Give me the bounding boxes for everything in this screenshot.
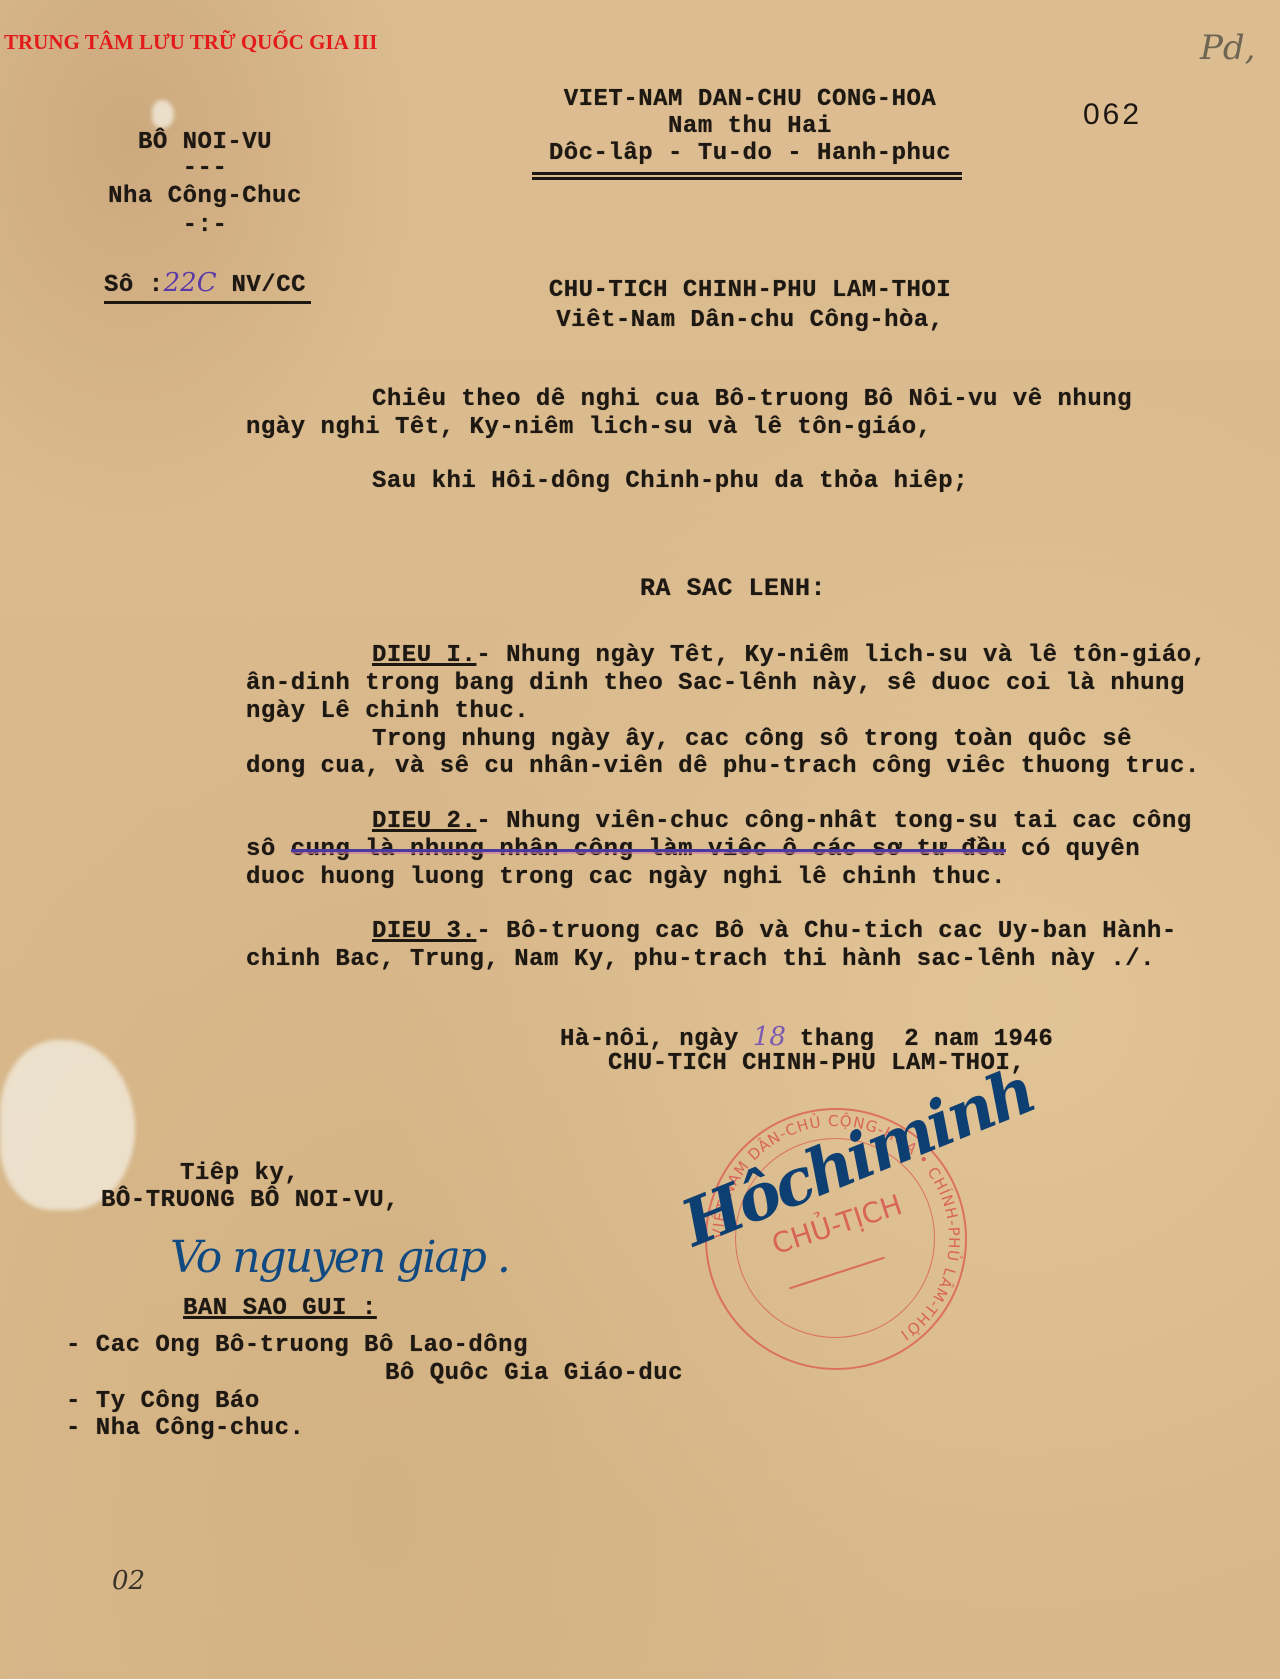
pencil-page-mark: Pd, — [1200, 28, 1255, 68]
article-line: duoc huong luong trong cac ngày nghi lê … — [246, 864, 1006, 891]
article-line: - Nhung viên-chuc công-nhât tong-su tai … — [476, 808, 1191, 835]
ministry-name: BÔ NOI-VU — [95, 128, 315, 158]
article-label: DIEU I. — [372, 642, 476, 669]
article-line: ngày Lê chinh thuc. — [246, 698, 529, 725]
article-line: ân-dinh trong bang dinh theo Sac-lênh nà… — [246, 670, 1185, 697]
date-prefix: Hà-nôi, ngày — [560, 1026, 739, 1053]
country-name: VIET-NAM DAN-CHU CONG-HOA — [525, 86, 975, 113]
separator: --- — [95, 158, 315, 180]
date-day-handwritten: 18 — [739, 1022, 800, 1052]
strikethrough-line — [291, 849, 1006, 852]
national-header: VIET-NAM DAN-CHU CONG-HOA Nam thu Hai Dô… — [525, 86, 975, 167]
countersign-title: BÔ-TRUONG BÔ NOI-VU, — [101, 1187, 399, 1214]
article-line-with-strike: sô cung là nhung nhân công làm viêc ô cá… — [246, 836, 1140, 863]
signer-title: CHU-TICH CHINH-PHU LAM-THOI, — [608, 1050, 1025, 1077]
preamble-line: ngày nghi Têt, Ky-niêm lich-su và lê tôn… — [246, 414, 932, 441]
article-3: DIEU 3.- Bô-truong cac Bô và Chu-tich ca… — [372, 918, 1177, 945]
article-line: chinh Bac, Trung, Nam Ky, phu-trach thi … — [246, 946, 1155, 973]
authority-block: CHU-TICH CHINH-PHU LAM-THOI Viêt-Nam Dân… — [525, 276, 975, 336]
struck-text: cung là nhung nhân công làm viêc ô các s… — [291, 836, 1006, 863]
article-1: DIEU I.- Nhung ngày Têt, Ky-niêm lich-su… — [372, 642, 1207, 669]
separator: -:- — [95, 214, 315, 238]
article-line: có quyên — [1021, 836, 1140, 863]
year-label: Nam thu Hai — [525, 113, 975, 140]
dateline: Hà-nôi, ngày18thang 2 nam 1946 — [560, 1022, 1053, 1053]
number-handwritten: 22C — [164, 268, 217, 298]
document-number: Sô :22C NV/CC — [104, 268, 311, 304]
article-line: dong cua, và sê cu nhân-viên dê phu-trac… — [246, 753, 1200, 780]
distribution-heading-row: BAN SAO GUI : — [183, 1295, 377, 1322]
paper-stain — [0, 1040, 135, 1210]
article-line: Trong nhung ngày ây, cac công sô trong t… — [372, 726, 1132, 753]
authority-title: CHU-TICH CHINH-PHU LAM-THOI — [525, 276, 975, 306]
date-suffix: thang 2 nam 1946 — [800, 1026, 1053, 1053]
distribution-item: - Ty Công Báo — [66, 1388, 260, 1415]
article-line: - Nhung ngày Têt, Ky-niêm lich-su và lê … — [476, 642, 1206, 669]
footer-pencil-mark: 02 — [112, 1566, 145, 1596]
number-suffix: NV/CC — [232, 272, 307, 299]
preamble-line: Chiêu theo dê nghi cua Bô-truong Bô Nôi-… — [372, 386, 1132, 413]
issuer-block: BÔ NOI-VU --- Nha Công-Chuc -:- — [95, 128, 315, 238]
countersign-label: Tiêp ky, — [180, 1160, 299, 1187]
distribution-item: - Nha Công-chuc. — [66, 1415, 304, 1442]
decree-heading: RA SAC LENH: — [640, 574, 826, 603]
article-line: sô — [246, 836, 276, 863]
article-label: DIEU 2. — [372, 808, 476, 835]
preamble-line: Sau khi Hôi-dông Chinh-phu da thỏa hiêp; — [372, 468, 968, 495]
article-label: DIEU 3. — [372, 918, 476, 945]
archive-stamp: TRUNG TÂM LƯU TRỮ QUỐC GIA III — [4, 30, 377, 55]
serial-number: 062 — [1083, 98, 1142, 132]
distribution-item: Bô Quôc Gia Giáo-duc — [385, 1360, 683, 1387]
authority-country: Viêt-Nam Dân-chu Công-hòa, — [525, 306, 975, 336]
minister-signature: Vo nguyen giap . — [170, 1232, 509, 1283]
distribution-item: - Cac Ong Bô-truong Bô Lao-dông — [66, 1332, 528, 1359]
distribution-heading: BAN SAO GUI : — [183, 1295, 377, 1322]
motto: Dôc-lâp - Tu-do - Hanh-phuc — [525, 140, 975, 167]
article-2: DIEU 2.- Nhung viên-chuc công-nhât tong-… — [372, 808, 1192, 835]
article-line: - Bô-truong cac Bô và Chu-tich cac Uy-ba… — [476, 918, 1176, 945]
header-double-rule — [532, 172, 962, 180]
department-name: Nha Công-Chuc — [95, 180, 315, 214]
number-prefix: Sô : — [104, 272, 164, 299]
paper-stain — [152, 100, 174, 128]
